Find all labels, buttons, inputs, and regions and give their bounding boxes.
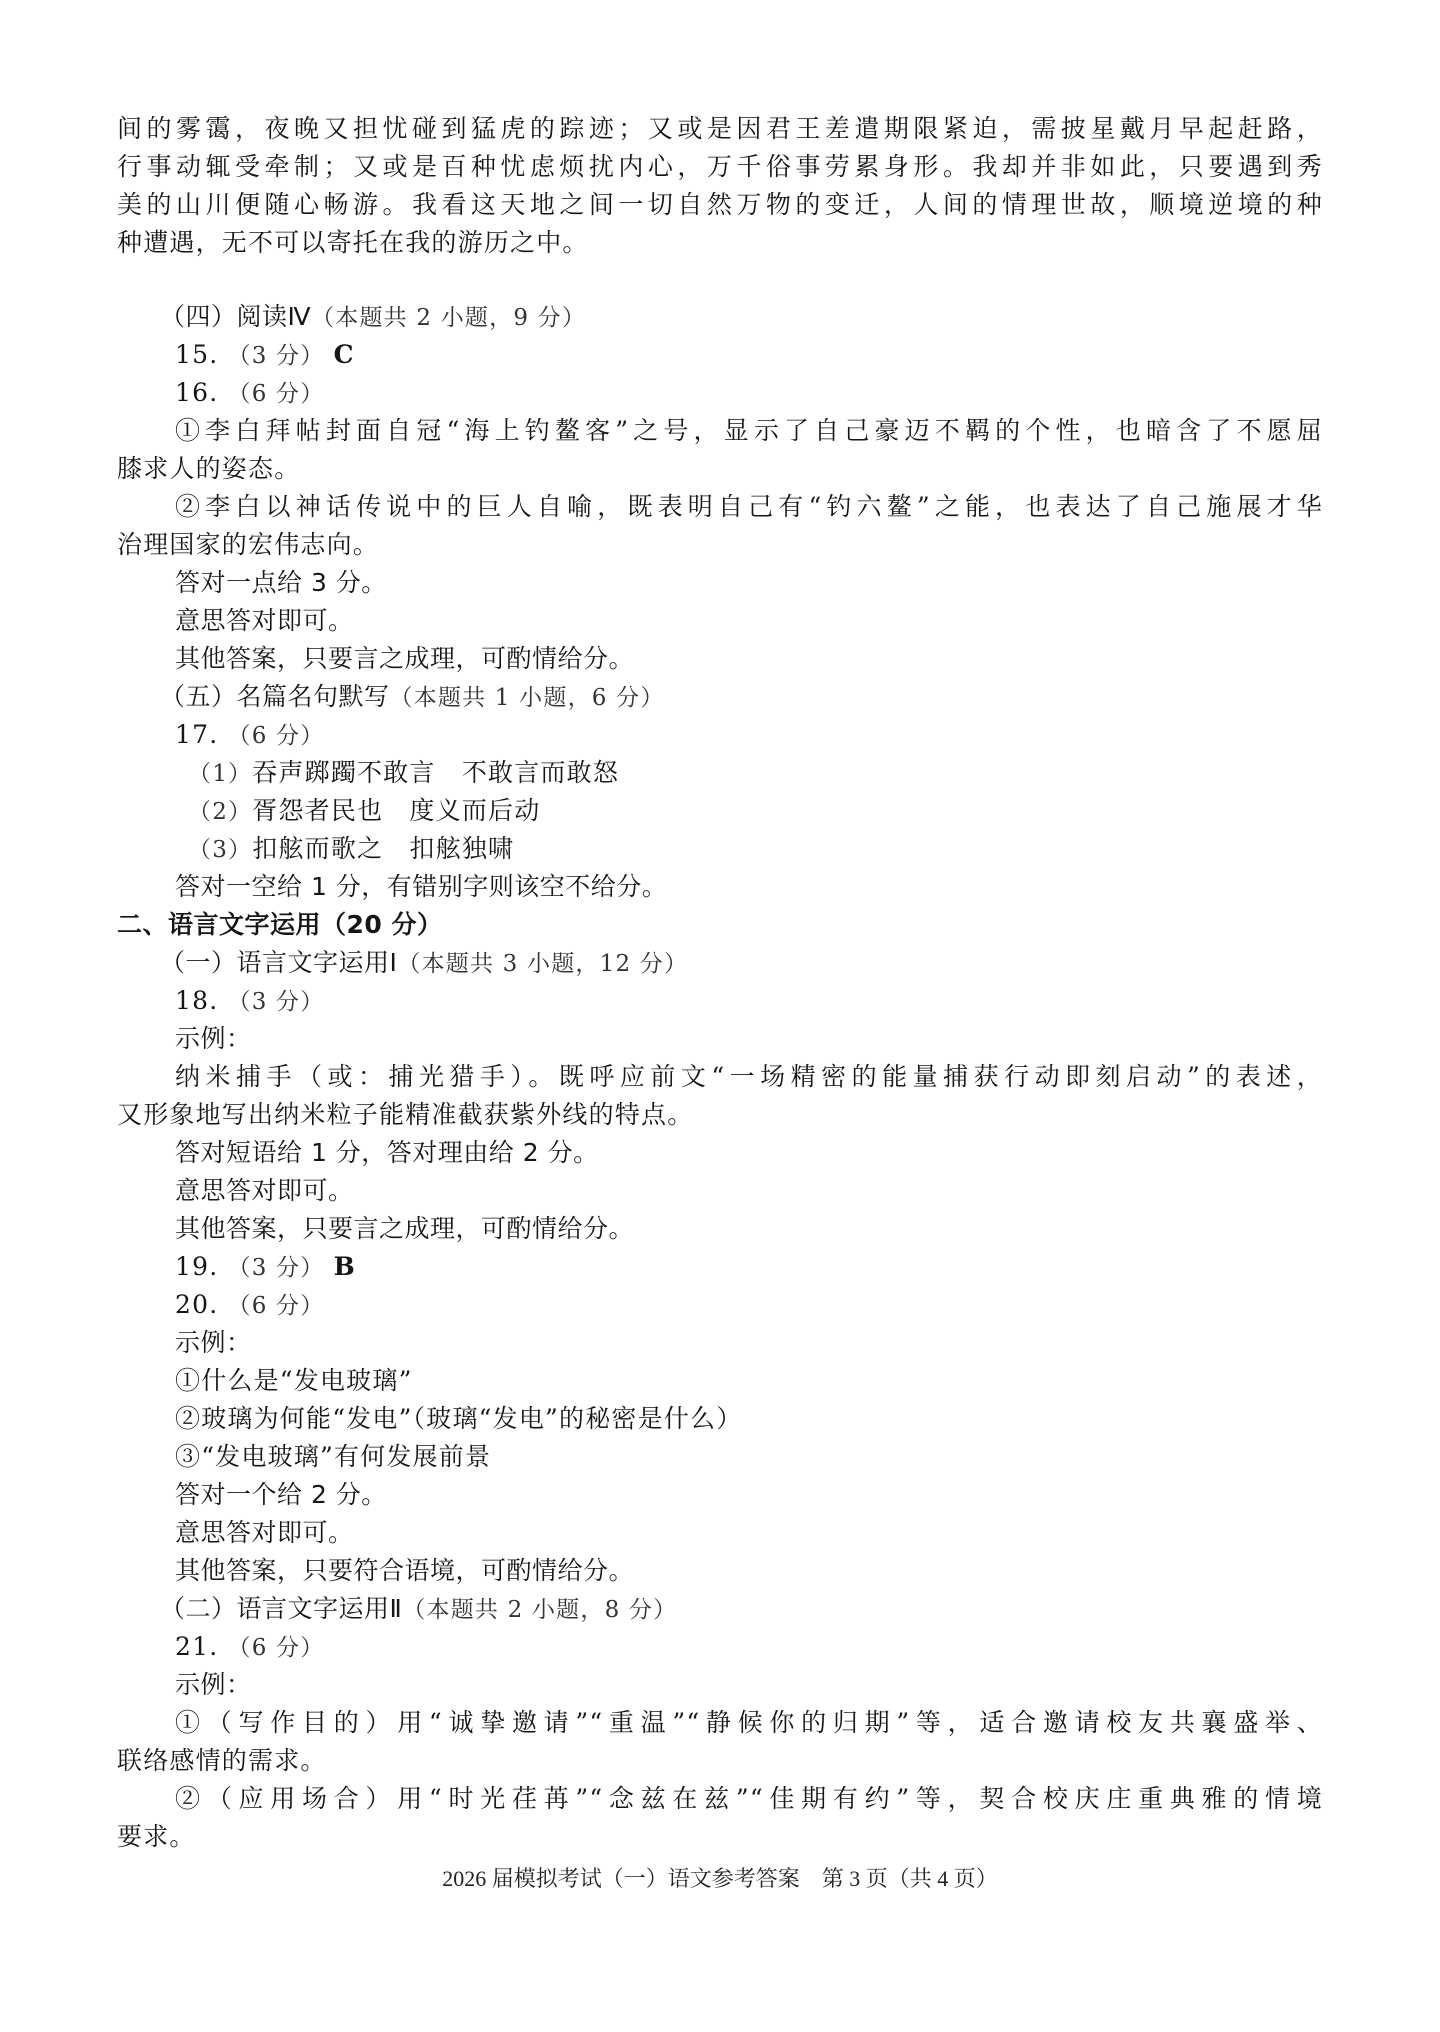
- question-number: 20.: [175, 1290, 218, 1319]
- item-label: （3）: [188, 837, 252, 863]
- question-number: 21.: [175, 1632, 218, 1661]
- q16-point1-line2: 膝求人的姿态。: [117, 450, 1323, 488]
- section-note: （本题共 2 小题，9 分）: [311, 305, 586, 331]
- q20-scoring-rule-1: 答对一个给 2 分。: [175, 1476, 1323, 1514]
- item-text: 胥怨者民也 度义而后动: [252, 796, 540, 825]
- question-score: （6 分）: [228, 381, 325, 407]
- q18-answer-line1: 纳米捕手（或：捕光猎手）。既呼应前文“一场精密的能量捕获行动即刻启动”的表述，: [175, 1058, 1323, 1096]
- q20-header: 20. （6 分）: [175, 1286, 1323, 1325]
- section-note: （本题共 2 小题，8 分）: [402, 1597, 677, 1623]
- q20-scoring-rule-3: 其他答案，只要符合语境，可酌情给分。: [175, 1552, 1323, 1590]
- translation-line-1: 间的雾霭，夜晚又担忧碰到猛虎的踪迹；又或是因君王差遣期限紧迫，需披星戴月早起赶路…: [117, 110, 1323, 148]
- q17-item-1: （1）吞声踯躅不敢言 不敢言而敢怒: [188, 754, 1323, 793]
- q19-answer: 19. （3 分） B: [175, 1248, 1323, 1287]
- q17-item-3: （3）扣舷而歌之 扣舷独啸: [188, 830, 1323, 869]
- question-number: 15.: [175, 340, 218, 369]
- sub1-heading: （一）语言文字运用Ⅰ（本题共 3 小题，12 分）: [160, 944, 1323, 983]
- q17-scoring-rule: 答对一空给 1 分，有错别字则该空不给分。: [175, 868, 1323, 906]
- q16-scoring-rule-1: 答对一点给 3 分。: [175, 564, 1323, 602]
- q21-example-label: 示例：: [175, 1666, 1323, 1704]
- question-number: 18.: [175, 986, 218, 1015]
- question-number: 17.: [175, 720, 218, 749]
- sub2-heading: （二）语言文字运用Ⅱ（本题共 2 小题，8 分）: [160, 1590, 1323, 1629]
- item-text: 吞声踯躅不敢言 不敢言而敢怒: [252, 758, 619, 787]
- translation-line-4: 种遭遇，无不可以寄托在我的游历之中。: [117, 224, 1323, 262]
- q16-header: 16. （6 分）: [175, 374, 1323, 413]
- translation-line-2: 行事动辄受牵制；又或是百种忧虑烦扰内心，万千俗事劳累身形。我却并非如此，只要遇到…: [117, 148, 1323, 186]
- q21-point1-line1: ①（写作目的）用“诚挚邀请”“重温”“静候你的归期”等，适合邀请校友共襄盛举、: [175, 1704, 1323, 1742]
- q16-scoring-rule-2: 意思答对即可。: [175, 602, 1323, 640]
- q18-answer-line2: 又形象地写出纳米粒子能精准截获紫外线的特点。: [117, 1096, 1323, 1134]
- q20-example-label: 示例：: [175, 1324, 1323, 1362]
- item-text: 扣舷而歌之 扣舷独啸: [252, 834, 514, 863]
- question-score: （6 分）: [228, 1293, 325, 1319]
- q21-header: 21. （6 分）: [175, 1628, 1323, 1667]
- q16-scoring-rule-3: 其他答案，只要言之成理，可酌情给分。: [175, 640, 1323, 678]
- question-number: 19.: [175, 1252, 218, 1281]
- section-note: （本题共 1 小题，6 分）: [390, 685, 665, 711]
- q18-example-label: 示例：: [175, 1020, 1323, 1058]
- translation-line-3: 美的山川便随心畅游。我看这天地之间一切自然万物的变迁，人间的情理世故，顺境逆境的…: [117, 186, 1323, 224]
- answer-key-page: 间的雾霭，夜晚又担忧碰到猛虎的踪迹；又或是因君王差遣期限紧迫，需披星戴月早起赶路…: [0, 0, 1440, 2032]
- q20-scoring-rule-2: 意思答对即可。: [175, 1514, 1323, 1552]
- section-title: （一）语言文字运用Ⅰ: [160, 948, 397, 977]
- section-title: （二）语言文字运用Ⅱ: [160, 1594, 402, 1623]
- q21-point1-line2: 联络感情的需求。: [117, 1742, 1323, 1780]
- page-footer: 2026 届模拟考试（一）语文参考答案 第 3 页（共 4 页）: [0, 1862, 1440, 1893]
- question-number: 16.: [175, 378, 218, 407]
- section-note: （本题共 3 小题，12 分）: [397, 951, 688, 977]
- question-score: （3 分）: [228, 989, 325, 1015]
- q20-item-1: ①什么是“发电玻璃”: [175, 1362, 1323, 1400]
- q15-answer: 15. （3 分） C: [175, 336, 1323, 375]
- question-score: （3 分）: [228, 1255, 325, 1281]
- q17-item-2: （2）胥怨者民也 度义而后动: [188, 792, 1323, 831]
- q20-item-3: ③“发电玻璃”有何发展前景: [175, 1438, 1323, 1476]
- section-reading4-heading: （四）阅读Ⅳ（本题共 2 小题，9 分）: [160, 298, 1323, 337]
- q18-scoring-rule-1: 答对短语给 1 分，答对理由给 2 分。: [175, 1134, 1323, 1172]
- q17-header: 17. （6 分）: [175, 716, 1323, 755]
- question-score: （6 分）: [228, 723, 325, 749]
- section-title: （四）阅读Ⅳ: [160, 302, 311, 331]
- choice-answer: B: [334, 1252, 356, 1281]
- q21-point2-line1: ②（应用场合）用“时光荏苒”“念兹在兹”“佳期有约”等，契合校庆庄重典雅的情境: [175, 1780, 1323, 1818]
- q16-point1-line1: ①李白拜帖封面自冠“海上钓鳌客”之号，显示了自己豪迈不羁的个性，也暗含了不愿屈: [175, 412, 1323, 450]
- q16-point2-line2: 治理国家的宏伟志向。: [117, 526, 1323, 564]
- q20-item-2: ②玻璃为何能“发电”（玻璃“发电”的秘密是什么）: [175, 1400, 1323, 1438]
- question-score: （6 分）: [228, 1635, 325, 1661]
- choice-answer: C: [334, 340, 355, 369]
- q18-scoring-rule-2: 意思答对即可。: [175, 1172, 1323, 1210]
- section-title: （五）名篇名句默写: [160, 682, 390, 711]
- q16-point2-line1: ②李白以神话传说中的巨人自喻，既表明自己有“钓六鳌”之能，也表达了自己施展才华: [175, 488, 1323, 526]
- q18-scoring-rule-3: 其他答案，只要言之成理，可酌情给分。: [175, 1210, 1323, 1248]
- question-score: （3 分）: [228, 343, 325, 369]
- item-label: （2）: [188, 799, 252, 825]
- q18-header: 18. （3 分）: [175, 982, 1323, 1021]
- part2-heading: 二、语言文字运用（20 分）: [117, 906, 1323, 944]
- item-label: （1）: [188, 761, 252, 787]
- section-recitation-heading: （五）名篇名句默写（本题共 1 小题，6 分）: [160, 678, 1323, 717]
- q21-point2-line2: 要求。: [117, 1818, 1323, 1856]
